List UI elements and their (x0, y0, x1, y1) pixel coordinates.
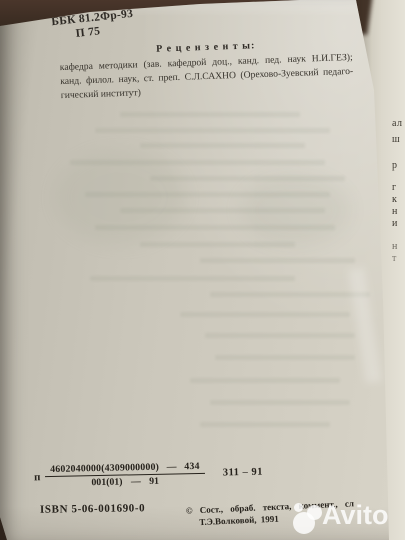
facing-page-text-fragment: ал (392, 118, 405, 129)
show-through-smudge (95, 128, 330, 133)
facing-page-text-fragment: к (392, 194, 405, 205)
imprint-prefix: п (34, 471, 41, 483)
show-through-smudge (205, 333, 355, 338)
bbk-classification: ББК 81.2Фр-93 П 75 (51, 7, 136, 43)
show-through-smudge (190, 378, 340, 383)
show-through-smudge (85, 192, 330, 197)
show-through-smudge (150, 176, 345, 181)
imprint-fraction: 4602040000(4309000000) — 434 001(01) — 9… (45, 461, 205, 489)
facing-page-text-fragment: р (392, 160, 405, 171)
show-through-smudge (210, 292, 370, 297)
book-page: ББК 81.2Фр-93 П 75 Р е ц е н з е н т ы: … (0, 0, 405, 540)
facing-page-text-fragment: н (392, 206, 405, 217)
imprint-order-code: 311 – 91 (223, 467, 263, 479)
show-through-smudge (180, 312, 350, 317)
facing-page-text-fragment: г (392, 182, 405, 193)
show-through-smudge (120, 208, 325, 213)
facing-page-text-fragment: т (392, 253, 405, 264)
show-through-smudge (200, 422, 330, 427)
copyright-notice: © Сост., обраб. текста, коммент., сл Т.Э… (186, 498, 355, 527)
facing-page-text-fragment: ш (392, 134, 405, 145)
show-through-smudge (200, 258, 355, 263)
facing-page-text-fragment: н (392, 241, 405, 252)
show-through-smudge (95, 225, 335, 230)
page-crease-highlight (348, 267, 382, 383)
show-through-smudge (70, 160, 325, 165)
reviewers-section: Р е ц е н з е н т ы: кафедра методики (з… (59, 37, 354, 103)
book-page-photo: ал ш р г к н и н т ББК 81.2Фр-9 (0, 0, 405, 540)
show-through-smudge (215, 355, 355, 360)
show-through-smudge (140, 143, 305, 148)
isbn: ISBN 5-06-001690-0 (40, 502, 145, 515)
show-through-smudge (140, 242, 295, 247)
show-through-smudge (90, 276, 295, 281)
show-through-smudge (210, 400, 350, 405)
facing-page-text-fragment: и (392, 218, 405, 229)
imprint-denominator: 001(01) — 91 (45, 474, 205, 489)
imprint-code-block: п 4602040000(4309000000) — 434 001(01) —… (34, 460, 263, 490)
show-through-smudge (120, 112, 300, 117)
